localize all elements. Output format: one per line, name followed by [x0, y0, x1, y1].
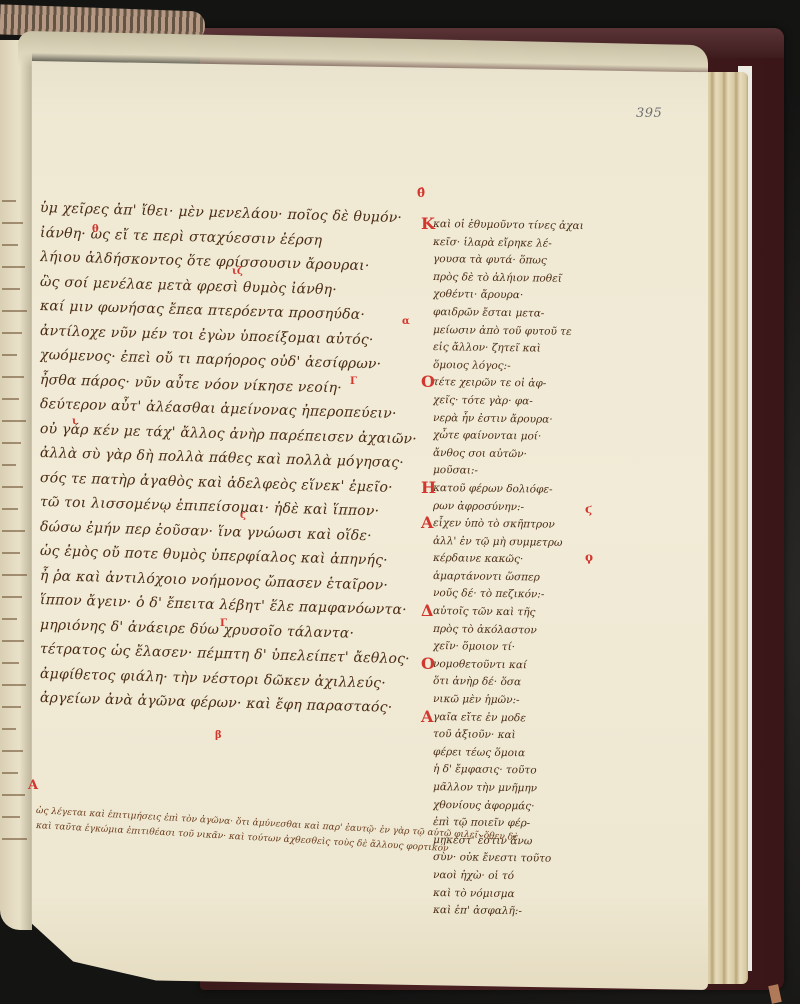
scholia-line: χὦτε φαίνονται μοί· [433, 427, 583, 447]
red-initial: Ο [421, 372, 435, 391]
facing-text-line [2, 574, 27, 576]
red-initial: Κ [421, 214, 435, 233]
facing-page-fragment [0, 40, 32, 930]
facing-text-line [2, 750, 23, 752]
scholia-line: ἡ δ' ἔμφασις· τοῦτο [433, 761, 583, 781]
marginal-numeral: θ̂ [417, 186, 425, 200]
facing-text-line [2, 596, 22, 598]
facing-text-line [2, 640, 24, 642]
scholia-line: χεῖν· ὅμοιον τί· [433, 638, 583, 658]
facing-text-line [2, 838, 27, 840]
scholia-line: εἶχεν ὑπὸ τὸ σκῆπτρον [433, 515, 583, 535]
scholia-line: ρων ἀφροσύνην:- [433, 498, 583, 518]
folio-number: 395 [636, 106, 662, 121]
facing-page-text [2, 200, 28, 860]
marginal-numeral: ϛ [585, 502, 592, 516]
facing-text-line [2, 508, 18, 510]
facing-text-line [2, 398, 19, 400]
scholia-line: ὅτι ἀνὴρ δέ· ὅσα [433, 673, 583, 693]
text-mark: θ [92, 224, 99, 235]
scholia-line: χοθέντι· ἄρουρα· [433, 286, 583, 306]
text-mark: ι [72, 416, 77, 427]
scholia-line: καὶ οἱ ἐθυμοῦντο τίνες ἀχαιοί· [433, 216, 583, 236]
scholia-line: εἰς ἄλλον· ζητεῖ καὶ [433, 339, 583, 359]
facing-text-line [2, 442, 21, 444]
facing-text-line [2, 662, 19, 664]
scholia-line: νικῶ μὲν ἡμῶν:- [433, 691, 583, 711]
facing-text-line [2, 816, 20, 818]
facing-text-line [2, 266, 25, 268]
scholia-line: τέτε χειρῶν τε οἱ ἀφ- [433, 374, 583, 394]
scholia-line: γουσα τὰ φυτά· ὅπως [433, 251, 583, 271]
scholia-line: καὶ τὸ νόμισμα [433, 885, 583, 905]
red-initial: Α [421, 707, 433, 726]
facing-text-line [2, 310, 27, 312]
facing-text-line [2, 794, 25, 796]
scholia-line: ναοὶ ἠχὼ· οἱ τό [433, 867, 583, 887]
scholia-line: χεῖς· τότε γὰρ· φα- [433, 392, 583, 412]
marginal-numeral: ϙ [585, 550, 593, 564]
facing-text-line [2, 376, 24, 378]
marginal-numeral: α [402, 316, 410, 327]
scholia-line: κέρδαινε κακῶς· [433, 550, 583, 570]
facing-text-line [2, 486, 23, 488]
red-initial: Η [421, 478, 436, 497]
scholia-line: μείωσιν ἀπὸ τοῦ φυτοῦ τε [433, 322, 583, 342]
scholia-initial: Α [28, 778, 38, 793]
facing-text-line [2, 244, 18, 246]
facing-text-line [2, 354, 17, 356]
scholia-line: μοῦσαι:- [433, 462, 583, 482]
facing-text-line [2, 222, 23, 224]
marginal-numeral: Γ [350, 376, 357, 387]
scholia-line: καὶ ἐπ' ἀσφαλῆ:- [433, 902, 583, 922]
red-initial: Ο [421, 654, 435, 673]
scholia-line: φαιδρῶν ἔσται μετα- [433, 304, 583, 324]
scholia-line: τοῦ ἀξιοῦν· καὶ [433, 726, 583, 746]
facing-text-line [2, 200, 16, 202]
facing-text-line [2, 728, 16, 730]
scholia-line: νοῦς δέ· τὸ πεζικόν:- [433, 585, 583, 605]
facing-text-line [2, 706, 21, 708]
text-mark: Γ [220, 618, 227, 629]
scholia-line: νερὰ ἦν ἐστιν ἄρουρα· [433, 410, 583, 430]
bottom-scholia: Α ὡς λέγεται καὶ ἐπιτιμήσεις ἐπὶ τὸν ἀγῶ… [36, 790, 576, 834]
red-initial: Δ [421, 601, 433, 620]
scholia-line: αὐτοῖς τῶν καὶ τῆς [433, 603, 583, 623]
facing-text-line [2, 464, 16, 466]
text-mark: ιζ [232, 266, 243, 277]
red-initial: Α [421, 513, 433, 532]
facing-text-line [2, 332, 22, 334]
facing-text-line [2, 552, 20, 554]
text-mark: ϛ [240, 510, 246, 521]
scholia-line: κατοῦ φέρων δολιόφε- [433, 480, 583, 500]
facing-text-line [2, 530, 25, 532]
facing-text-line [2, 618, 17, 620]
facing-text-line [2, 684, 26, 686]
text-mark: β [215, 730, 222, 741]
facing-text-line [2, 288, 20, 290]
facing-text-line [2, 772, 18, 774]
facing-text-line [2, 420, 26, 422]
